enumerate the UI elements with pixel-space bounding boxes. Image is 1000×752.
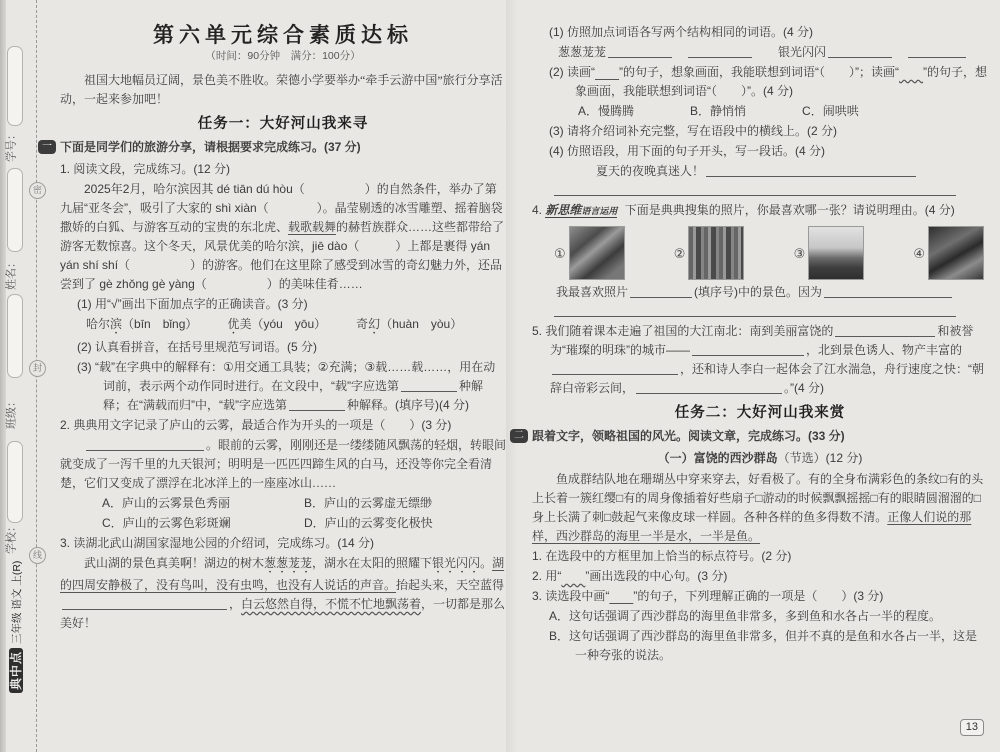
blank-line[interactable]	[289, 397, 345, 411]
blank-line[interactable]	[692, 342, 804, 356]
text-segment: 美（yóu yōu）	[239, 317, 320, 331]
reading-q3-option-b: B．这句话强调了西沙群岛的海里鱼非常多，但并不真的是鱼和水各占一半，这是一种夸张…	[549, 627, 988, 665]
text-segment: (填序号)中的景色。因为	[694, 285, 822, 299]
text-segment: 优	[227, 317, 239, 331]
name-writebox[interactable]	[7, 168, 23, 252]
text-segment: （节选）(12 分)	[778, 451, 863, 465]
text-segment: 抬起头来，天空蓝得	[396, 578, 504, 592]
blank-line[interactable]	[554, 182, 956, 196]
q3-sub1-answer-line: 葱葱茏茏 银光闪闪	[558, 43, 988, 62]
q1-sub3: (3) “载”在字典中的解释有：①用交通工具装；②充满；③载……载……，用在动词…	[77, 358, 506, 415]
text-segment: 银光闪闪	[754, 45, 826, 59]
sub2-option-c: C．闹哄哄	[802, 102, 859, 121]
text-segment: 种解释。(填序号)(4 分)	[347, 398, 469, 412]
blank-line[interactable]	[62, 596, 227, 610]
text-segment: 白云悠然自得，不慌不忙地飘荡着	[241, 597, 421, 611]
sub2-option-a: A．慢腾腾	[578, 102, 634, 121]
photo-thumbnail-waterfall	[928, 226, 984, 280]
text-segment: 武山湖的景色真美啊！湖边的树木	[84, 556, 264, 570]
photo-option-1: ①	[554, 226, 625, 280]
photo-thumbnail-pond	[569, 226, 625, 280]
left-column: 第六单元综合素质达标 （时间：90分钟 满分：100分） 祖国大地幅员辽阔，景色…	[60, 22, 506, 752]
text-segment: 5. 我们随着课本走遍了祖国的大江南北：南到美丽富饶的	[532, 324, 833, 338]
sub2-option-b: B．静悄悄	[690, 102, 746, 121]
text-segment: ，北到景色诱人、物产丰富的	[806, 343, 962, 357]
photo-thumbnail-forest	[688, 226, 744, 280]
text-segment: 奇	[356, 317, 368, 331]
q2-option-b: B．庐山的云雾虚无缥缈	[304, 494, 506, 513]
q3-sub4: (4) 仿照语段，用下面的句子开头，写一段话。(4 分)	[549, 142, 988, 161]
q4-answer-line-2	[552, 302, 988, 321]
blank-line[interactable]	[608, 44, 672, 58]
photo-row: ① ② ③ ④	[554, 226, 984, 280]
task1-title: 任务一：大好河山我来寻	[60, 115, 506, 134]
paper-meta: （时间：90分钟 满分：100分）	[60, 47, 506, 66]
section2-lead-text: 跟着文字，领略祖国的风光。阅读文章，完成练习。(33 分)	[532, 429, 845, 443]
q4-text: 下面是典典搜集的照片，你最喜欢哪一张？请说明理由。(4 分)	[625, 203, 955, 217]
text-segment: （huàn yòu）	[380, 317, 462, 331]
text-segment: 哈尔	[86, 317, 110, 331]
q2-options: A．庐山的云雾景色秀丽 B．庐山的云雾虚无缥缈 C．庐山的云雾色彩斑斓 D．庐山…	[102, 494, 506, 533]
text-segment: 银光闪闪	[432, 556, 480, 570]
name-label: 姓名：	[3, 251, 22, 297]
text-segment: 滨	[110, 317, 122, 331]
q1-sub1: (1) 用“√”画出下面加点字的正确读音。(3 分)	[77, 295, 506, 314]
text-segment	[899, 65, 923, 79]
class-writebox[interactable]	[7, 294, 23, 378]
q2-option-a: A．庐山的云雾景色秀丽	[102, 494, 304, 513]
blank-line[interactable]	[636, 380, 782, 394]
q3-sub3: (3) 请将介绍词补充完整，写在语段中的横线上。(2 分)	[549, 122, 988, 141]
edition-label: 三年级 语文 上(R)	[11, 561, 23, 644]
blank-line[interactable]	[401, 378, 457, 392]
blank-line[interactable]	[86, 437, 204, 451]
seal-char-mi: 密	[29, 182, 46, 199]
blank-line[interactable]	[706, 163, 916, 177]
question-1-label: 1. 阅读文段，完成练习。(12 分)	[60, 160, 506, 179]
text-segment: ，	[229, 597, 241, 611]
text-segment: ，湖水在太阳的照耀下	[312, 556, 432, 570]
blank-line[interactable]	[688, 44, 752, 58]
q3-sub2: (2) 读画“ ”的句子，想象画面，我能联想到词语“（ ）”；读画“ ”的句子，…	[549, 63, 988, 101]
q3-sub4-answer-line	[552, 181, 988, 200]
text-segment	[674, 45, 686, 59]
right-column: (1) 仿照加点词语各写两个结构相同的词语。(4 分) 葱葱茏茏 银光闪闪 (2…	[532, 22, 988, 752]
student-id-label: 学号：	[3, 123, 22, 169]
photo-thumbnail-mountains	[808, 226, 864, 280]
new-thinking-tag: 新思维语言运用	[545, 203, 617, 218]
school-writebox[interactable]	[7, 441, 23, 523]
q3-sub2-options: A．慢腾腾 B．静悄悄 C．闹哄哄	[578, 102, 988, 121]
class-label: 班级：	[3, 390, 22, 436]
q2-option-c: C．庐山的云雾色彩斑斓	[102, 514, 304, 533]
section1-lead-text: 下面是同学们的旅游分享，请根据要求完成练习。(37 分)	[60, 140, 361, 154]
section1-lead: 一 下面是同学们的旅游分享，请根据要求完成练习。(37 分)	[60, 138, 506, 157]
blank-line[interactable]	[835, 323, 935, 337]
page-left-edge-shadow	[0, 0, 6, 752]
text-segment: ”画出选段的中心句。(3 分)	[585, 569, 727, 583]
seal-char-feng: 封	[29, 360, 46, 377]
q4-number: 4.	[532, 203, 542, 217]
blank-line[interactable]	[552, 361, 678, 375]
question-2-label: 2. 典典用文字记录了庐山的云雾，最适合作为开头的一项是（ ）(3 分)	[60, 416, 506, 435]
text-segment	[561, 569, 585, 583]
text-segment: 我最喜欢照片	[556, 285, 628, 299]
photo-option-2: ②	[674, 226, 745, 280]
text-segment	[320, 317, 356, 331]
student-id-writebox[interactable]	[7, 46, 23, 126]
reading-q2: 2. 用“ ”画出选段的中心句。(3 分)	[532, 567, 988, 586]
section2-lead: 二 跟着文字，领略祖国的风光。阅读文章，完成练习。(33 分)	[532, 427, 988, 446]
page-number: 13	[960, 719, 984, 736]
text-segment: 。	[480, 556, 492, 570]
question-5: 5. 我们随着课本走遍了祖国的大江南北：南到美丽富饶的和被誉为“璀璨的明珠”的城…	[532, 322, 988, 398]
text-segment	[894, 45, 906, 59]
text-segment: （一）富饶的西沙群岛	[658, 451, 778, 465]
reading-q3: 3. 读选段中画“ ”的句子，下列理解正确的一项是（ ）(3 分)	[532, 587, 988, 606]
text-segment: 3. 读选段中画“	[532, 589, 609, 603]
reading-q3-option-a: A．这句话强调了西沙群岛的海里鱼非常多，多到鱼和水各占一半的程度。	[549, 607, 988, 626]
photo-1-number: ①	[554, 244, 566, 263]
task2-title: 任务二：大好河山我来赏	[532, 404, 988, 423]
tag-main-text: 新思维	[545, 203, 581, 217]
blank-line[interactable]	[554, 303, 956, 317]
blank-line[interactable]	[828, 44, 892, 58]
photo-3-number: ③	[794, 244, 806, 263]
photo-option-4: ④	[913, 226, 984, 280]
q3-sub1: (1) 仿照加点词语各写两个结构相同的词语。(4 分)	[549, 23, 988, 42]
q4-answer-line: 我最喜欢照片(填序号)中的景色。因为	[556, 283, 988, 302]
photo-2-number: ②	[674, 244, 686, 263]
text-segment: （bīn bǐng）	[122, 317, 191, 331]
school-label: 学校：	[3, 515, 22, 561]
text-segment: 。”(4 分)	[784, 381, 824, 395]
text-segment: 夏天的夜晚真迷人！	[596, 164, 704, 178]
photo-4-number: ④	[913, 244, 925, 263]
text-segment	[609, 589, 633, 603]
q3-passage: 武山湖的景色真美啊！湖边的树木葱葱茏茏，湖水在太阳的照耀下银光闪闪。湖的四周安静…	[60, 554, 506, 633]
paper-title: 第六单元综合素质达标	[60, 26, 506, 45]
text-segment	[595, 65, 619, 79]
paper-content: 第六单元综合素质达标 （时间：90分钟 满分：100分） 祖国大地幅员辽阔，景色…	[46, 0, 996, 752]
q2-passage: 。眼前的云雾，刚刚还是一缕缕随风飘荡的轻烟，转眼间就变成了一泻千里的九天银河；明…	[60, 436, 506, 493]
brand-logo: 典中点	[9, 648, 23, 693]
tag-sub-text: 语言运用	[581, 206, 617, 216]
seal-char-xian: 线	[29, 547, 46, 564]
text-segment: (2) 读画“	[549, 65, 595, 79]
text-segment: ”的句子，下列理解正确的一项是（ ）(3 分)	[633, 589, 883, 603]
q3-sub4-prompt-line: 夏天的夜晚真迷人！	[596, 162, 988, 181]
q1-pinyin-words: 哈尔滨（bīn bǐng） 优美（yóu yōu） 奇幻（huàn yòu）	[86, 315, 506, 337]
reading-passage: 鱼成群结队地在珊瑚丛中穿来穿去，好看极了。有的全身布满彩色的条纹□有的头上长着一…	[532, 470, 988, 546]
blank-line[interactable]	[824, 284, 952, 298]
text-segment: 葱葱茏茏	[264, 556, 312, 570]
section2-badge: 二	[510, 429, 528, 443]
photo-option-3: ③	[794, 226, 865, 280]
blank-line[interactable]	[908, 44, 966, 58]
publisher-strip: 典中点三年级 语文 上(R)	[7, 567, 27, 693]
question-3-label: 3. 读湖北武山湖国家湿地公园的介绍词，完成练习。(14 分)	[60, 534, 506, 553]
reading-heading: （一）富饶的西沙群岛（节选）(12 分)	[532, 449, 988, 468]
text-segment: 葱葱茏茏	[558, 45, 606, 59]
intro-paragraph: 祖国大地幅员辽阔，景色美不胜收。荣德小学要举办“牵手云游中国”旅行分享活动，一起…	[60, 71, 506, 109]
section1-badge: 一	[38, 140, 56, 154]
q1-sub2: (2) 认真看拼音，在括号里规范写词语。(5 分)	[77, 338, 506, 357]
text-segment: 幻	[368, 317, 380, 331]
reading-q1: 1. 在选段中的方框里加上恰当的标点符号。(2 分)	[532, 547, 988, 566]
text-segment: 2. 用“	[532, 569, 561, 583]
question-4-label: 4. 新思维语言运用 下面是典典搜集的照片，你最喜欢哪一张？请说明理由。(4 分…	[532, 201, 988, 221]
q1-passage: 2025年2月，哈尔滨因其 dé tiān dú hòu（ ）的自然条件，举办了…	[60, 180, 506, 294]
text-segment	[191, 317, 227, 331]
text-segment: ”的句子，想象画面，我能联想到词语“（ ）”；读画“	[619, 65, 899, 79]
text-segment: 载歌载舞	[288, 220, 336, 234]
blank-line[interactable]	[630, 284, 692, 298]
q2-option-d: D．庐山的云雾变化极快	[304, 514, 506, 533]
